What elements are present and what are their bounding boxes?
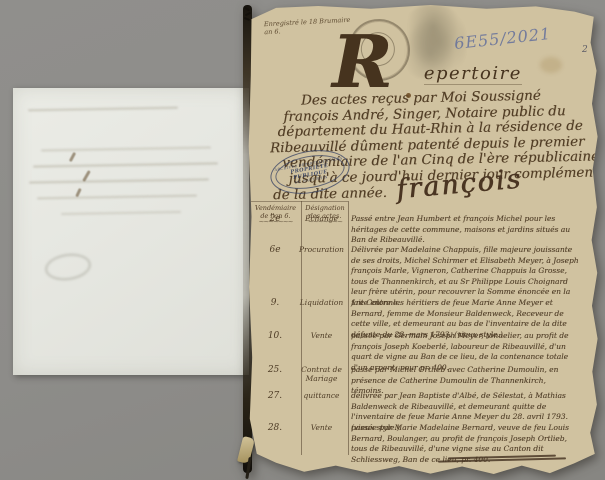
recto-page-wrapper: Enregistré le 18 Brumaire an 6. 5 6E55/2…: [243, 5, 603, 477]
row-description: Passé entre Jean Humbert et françois Mic…: [345, 214, 595, 246]
bleedthrough-line: [29, 178, 209, 183]
table-header-rule: [251, 201, 348, 202]
verso-page: [13, 88, 249, 375]
bleedthrough-line: [28, 107, 178, 112]
recto-page: Enregistré le 18 Brumaire an 6. 5 6E55/2…: [248, 5, 599, 475]
paper-stain: [540, 57, 562, 73]
bleedthrough-stroke: [69, 152, 76, 162]
row-date: 28.: [252, 423, 298, 465]
table-row: 2e Échange Passé entre Jean Humbert et f…: [252, 214, 595, 246]
title-rest: epertoire: [424, 63, 522, 85]
binding-ribbon: [237, 436, 255, 464]
bleedthrough-line: [61, 211, 181, 215]
scan-background-mat: Enregistré le 18 Brumaire an 6. 5 6E55/2…: [0, 0, 605, 480]
oval-stamp-arc-bottom: DU HAUT-RHIN: [295, 175, 329, 185]
row-act-type: Vente: [298, 423, 345, 465]
bleedthrough-line: [37, 195, 197, 200]
folio-number: 2: [582, 45, 588, 55]
bleedthrough-stamp: [43, 251, 92, 283]
page-title: Repertoire: [332, 27, 486, 97]
row-act-type: Échange: [298, 214, 345, 246]
oval-stamp-center-line1: PROPRIÉTÉ: [290, 163, 329, 176]
ink-stain: [406, 93, 411, 98]
bleedthrough-line: [41, 147, 211, 152]
oval-stamp-arc-top: ARCHIVES DÉPARTEMENTALES: [274, 156, 343, 172]
oval-stamp-center-line2: PUBLIQUE: [293, 169, 328, 181]
row-date: 2e: [252, 214, 298, 246]
bleedthrough-line: [33, 162, 218, 167]
